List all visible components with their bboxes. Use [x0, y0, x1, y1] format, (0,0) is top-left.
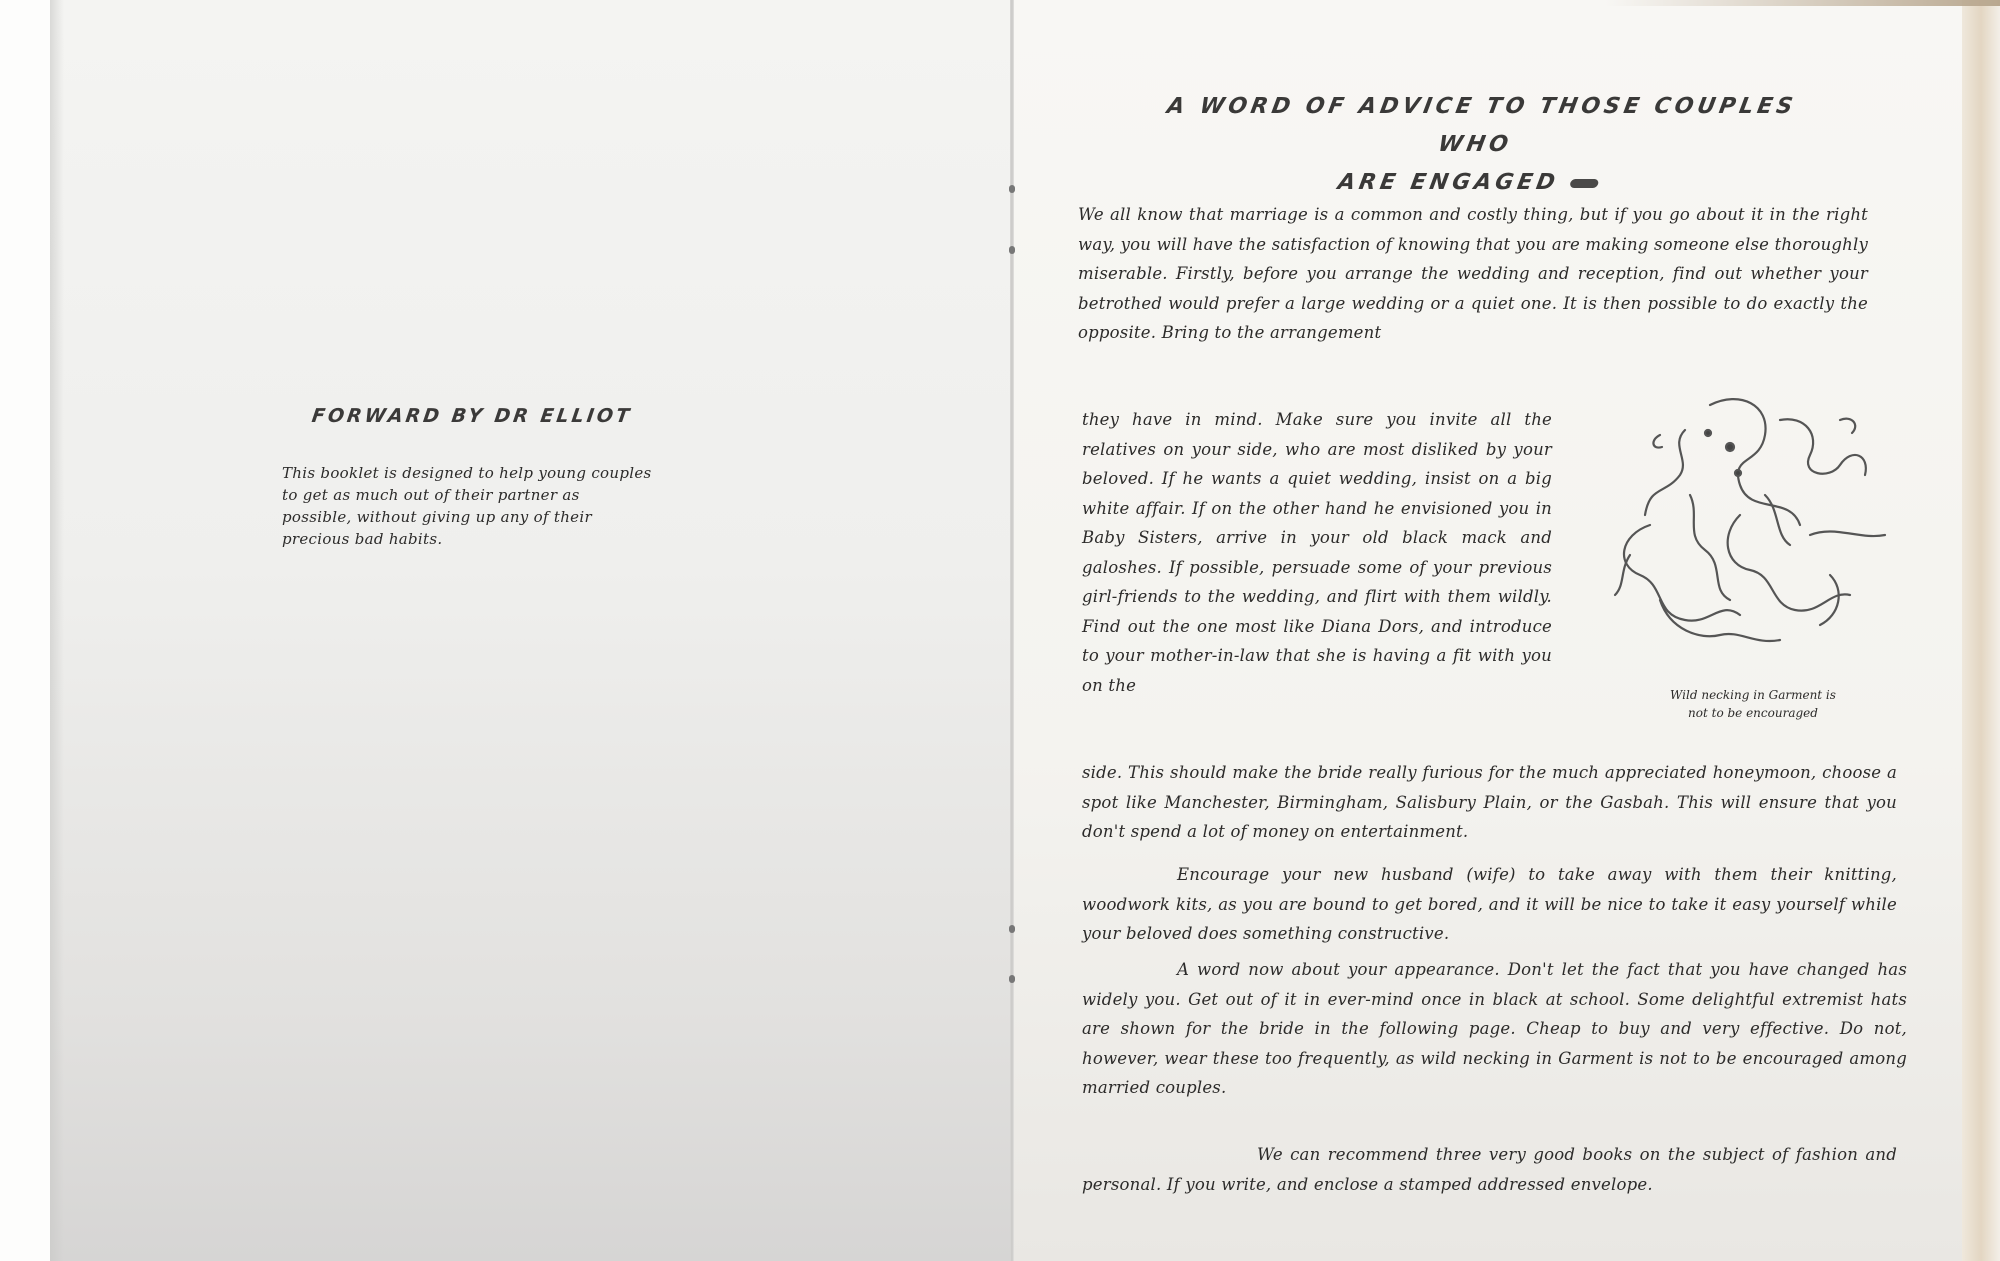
- staple-mark: [1009, 246, 1015, 254]
- advice-title-line2: ARE ENGAGED: [1150, 164, 1787, 202]
- staple-mark: [1009, 975, 1015, 983]
- paragraph: We all know that marriage is a common an…: [1078, 200, 1868, 348]
- illustration-caption: Wild necking in Garment is not to be enc…: [1628, 686, 1878, 722]
- foreword-heading: FORWARD BY DR ELLIOT: [310, 405, 643, 427]
- paragraph: Encourage your new husband (wife) to tak…: [1082, 860, 1897, 949]
- left-page: [50, 0, 1012, 1261]
- paragraph: side. This should make the bride really …: [1082, 758, 1897, 847]
- ink-blot-icon: [1570, 179, 1600, 188]
- page-top-edge: [1012, 0, 2000, 6]
- staple-mark: [1009, 925, 1015, 933]
- advice-title: A WORD OF ADVICE TO THOSE COUPLES WHO AR…: [1150, 88, 1800, 202]
- staple-mark: [1009, 185, 1015, 193]
- paragraph: they have in mind. Make sure you invite …: [1082, 405, 1552, 700]
- doodle-drawing-icon: [1590, 385, 1900, 675]
- paragraph: We can recommend three very good books o…: [1082, 1140, 1897, 1199]
- advice-title-line1: A WORD OF ADVICE TO THOSE COUPLES WHO: [1157, 88, 1800, 164]
- paragraph: A word now about your appearance. Don't …: [1082, 955, 1907, 1103]
- booklet-spread: FORWARD BY DR ELLIOT This booklet is des…: [0, 0, 2000, 1261]
- foreword-body: This booklet is designed to help young c…: [282, 462, 652, 550]
- page-edge: [1962, 0, 2000, 1261]
